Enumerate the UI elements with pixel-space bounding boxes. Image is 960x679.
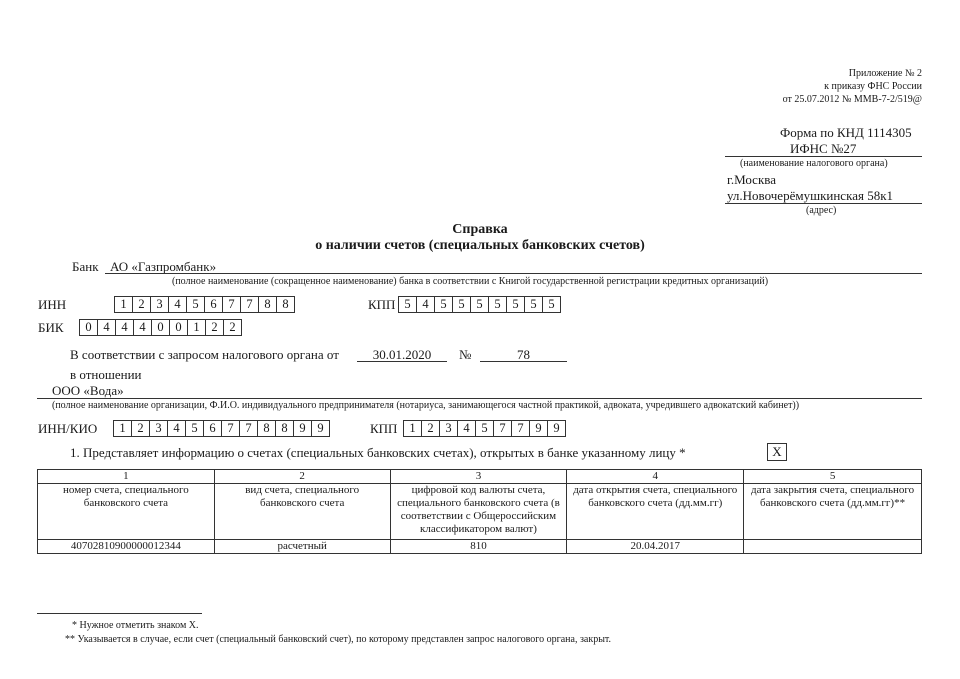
digit-cell: 4 xyxy=(458,421,476,436)
request-date-underline xyxy=(357,361,447,362)
column-number: 2 xyxy=(214,470,390,484)
bank-label: Банк xyxy=(72,259,99,275)
digit-cell: 1 xyxy=(114,421,132,436)
digit-cell: 4 xyxy=(168,421,186,436)
digit-cell: 2 xyxy=(422,421,440,436)
address-line2: ул.Новочерёмушкинская 58к1 xyxy=(727,188,893,204)
digit-cell: 1 xyxy=(115,297,133,312)
request-text: В соответствии с запросом налогового орг… xyxy=(70,347,339,363)
column-number: 4 xyxy=(567,470,744,484)
digit-cell: 5 xyxy=(453,297,471,312)
digit-cell: 0 xyxy=(152,320,170,335)
appendix-label: Приложение № 2 xyxy=(783,67,922,80)
digit-cell: 7 xyxy=(241,297,259,312)
digit-cell: 8 xyxy=(259,297,277,312)
digit-cell: 6 xyxy=(205,297,223,312)
bank-kpp-cells: 545555555 xyxy=(398,296,561,313)
digit-cell: 9 xyxy=(548,421,565,436)
digit-cell: 5 xyxy=(507,297,525,312)
digit-cell: 4 xyxy=(169,297,187,312)
bank-caption: (полное наименование (сокращенное наимен… xyxy=(172,276,768,287)
digit-cell: 4 xyxy=(134,320,152,335)
digit-cell: 7 xyxy=(223,297,241,312)
digit-cell: 5 xyxy=(187,297,205,312)
digit-cell: 3 xyxy=(151,297,169,312)
document-title: Справка xyxy=(0,222,960,238)
bank-inn-label: ИНН xyxy=(38,297,66,313)
digit-cell: 5 xyxy=(471,297,489,312)
column-number: 5 xyxy=(744,470,922,484)
digit-cell: 7 xyxy=(222,421,240,436)
digit-cell: 8 xyxy=(277,297,294,312)
digit-cell: 2 xyxy=(224,320,241,335)
digit-cell: 3 xyxy=(440,421,458,436)
digit-cell: 5 xyxy=(399,297,417,312)
column-header: вид счета, специального банковского счет… xyxy=(214,484,390,540)
digit-cell: 5 xyxy=(435,297,453,312)
address-caption: (адрес) xyxy=(806,205,836,216)
document-subtitle: о наличии счетов (специальных банковских… xyxy=(0,238,960,254)
digit-cell: 1 xyxy=(188,320,206,335)
request-number-label: № xyxy=(459,347,471,363)
digit-cell: 4 xyxy=(417,297,435,312)
address-line1: г.Москва xyxy=(727,172,776,188)
bik-label: БИК xyxy=(38,320,64,336)
bik-cells: 044400122 xyxy=(79,319,242,336)
bank-underline xyxy=(105,273,922,274)
subject-inn-label: ИНН/КИО xyxy=(38,421,97,437)
digit-cell: 0 xyxy=(170,320,188,335)
digit-cell: 5 xyxy=(543,297,560,312)
order-line: к приказу ФНС России xyxy=(783,80,922,93)
column-number-row: 1 2 3 4 5 xyxy=(38,470,922,484)
order-date: от 25.07.2012 № ММВ-7-2/519@ xyxy=(783,93,922,106)
account-number: 40702810900000012344 xyxy=(38,540,215,554)
subject-name: ООО «Вода» xyxy=(52,383,124,399)
digit-cell: 7 xyxy=(494,421,512,436)
subject-inn-cells: 123456778899 xyxy=(113,420,330,437)
digit-cell: 6 xyxy=(204,421,222,436)
bank-kpp-label: КПП xyxy=(368,297,395,313)
digit-cell: 9 xyxy=(312,421,329,436)
subject-underline xyxy=(37,398,922,399)
relation-label: в отношении xyxy=(70,367,142,383)
digit-cell: 8 xyxy=(276,421,294,436)
subject-kpp-label: КПП xyxy=(370,421,397,437)
currency-code: 810 xyxy=(390,540,567,554)
footnote-1: * Нужное отметить знаком X. xyxy=(72,620,199,631)
digit-cell: 2 xyxy=(133,297,151,312)
footnote-divider xyxy=(37,613,202,614)
header-row: номер счета, специального банковского сч… xyxy=(38,484,922,540)
subject-caption: (полное наименование организации, Ф.И.О.… xyxy=(52,400,799,411)
column-header: номер счета, специального банковского сч… xyxy=(38,484,215,540)
tax-authority-caption: (наименование налогового органа) xyxy=(740,158,888,169)
tax-authority: ИФНС №27 xyxy=(790,141,856,157)
subject-kpp-cells: 123457799 xyxy=(403,420,566,437)
account-type: расчетный xyxy=(214,540,390,554)
digit-cell: 2 xyxy=(206,320,224,335)
digit-cell: 5 xyxy=(525,297,543,312)
digit-cell: 5 xyxy=(476,421,494,436)
section1-checkbox[interactable]: X xyxy=(767,443,787,461)
column-header: дата открытия счета, специального банков… xyxy=(567,484,744,540)
column-number: 1 xyxy=(38,470,215,484)
close-date xyxy=(744,540,922,554)
digit-cell: 5 xyxy=(186,421,204,436)
digit-cell: 4 xyxy=(98,320,116,335)
form-code: Форма по КНД 1114305 xyxy=(780,125,912,141)
digit-cell: 1 xyxy=(404,421,422,436)
digit-cell: 9 xyxy=(294,421,312,436)
digit-cell: 5 xyxy=(489,297,507,312)
address-underline xyxy=(725,203,922,204)
bank-inn-cells: 1234567788 xyxy=(114,296,295,313)
digit-cell: 9 xyxy=(530,421,548,436)
accounts-table: 1 2 3 4 5 номер счета, специального банк… xyxy=(37,469,922,554)
digit-cell: 8 xyxy=(258,421,276,436)
footnote-2: ** Указывается в случае, если счет (спец… xyxy=(65,634,611,645)
table-row: 40702810900000012344 расчетный 810 20.04… xyxy=(38,540,922,554)
section1-text: 1. Представляет информацию о счетах (спе… xyxy=(70,445,686,461)
request-number-underline xyxy=(480,361,567,362)
digit-cell: 7 xyxy=(240,421,258,436)
digit-cell: 7 xyxy=(512,421,530,436)
digit-cell: 2 xyxy=(132,421,150,436)
tax-authority-underline xyxy=(725,156,922,157)
digit-cell: 0 xyxy=(80,320,98,335)
column-header: цифровой код валюты счета, специального … xyxy=(390,484,567,540)
digit-cell: 3 xyxy=(150,421,168,436)
open-date: 20.04.2017 xyxy=(567,540,744,554)
column-number: 3 xyxy=(390,470,567,484)
digit-cell: 4 xyxy=(116,320,134,335)
column-header: дата закрытия счета, специального банков… xyxy=(744,484,922,540)
appendix-header: Приложение № 2 к приказу ФНС России от 2… xyxy=(783,67,922,106)
